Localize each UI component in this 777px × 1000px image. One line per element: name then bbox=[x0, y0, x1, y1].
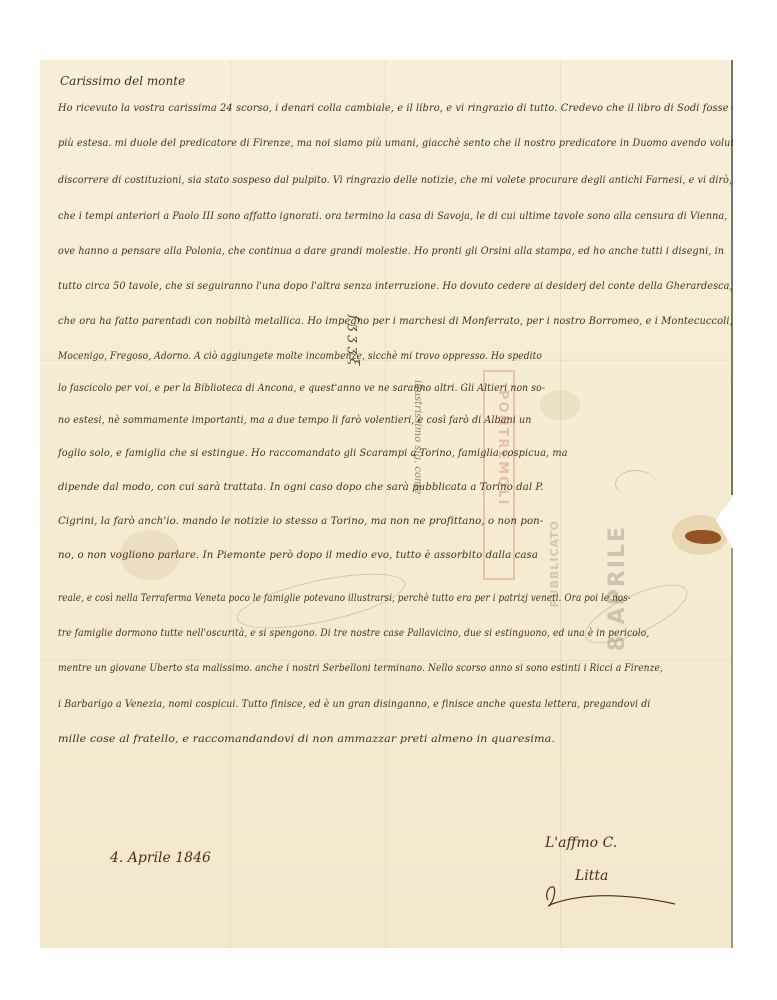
paper-edge-shadow bbox=[731, 60, 733, 495]
salutation: Carissimo del monte bbox=[60, 74, 185, 88]
paper-edge-shadow bbox=[731, 548, 733, 948]
letter-line: foglio solo, e famiglia che si estingue.… bbox=[58, 447, 568, 459]
fold-crease bbox=[385, 60, 386, 948]
signature-flourish bbox=[540, 882, 680, 912]
letter-line: reale, e così nella Terraferma Veneta po… bbox=[58, 592, 631, 604]
letter-line: dipende dal modo, con cui sarà trattata.… bbox=[58, 481, 544, 493]
address-showthrough: illustrissimo sig. conte bbox=[412, 380, 423, 494]
letter-line: lo fascicolo per voi, e per la Bibliotec… bbox=[58, 382, 545, 394]
letter-line: più estesa. mi duole del predicatore di … bbox=[58, 137, 740, 149]
letter-line: mentre un giovane Uberto sta malissimo. … bbox=[58, 662, 663, 674]
letter-line: no, o non vogliono parlare. In Piemonte … bbox=[58, 549, 538, 561]
letter-line: Ho ricevuto la vostra carissima 24 scors… bbox=[58, 102, 755, 114]
fold-crease bbox=[40, 660, 733, 661]
letter-line: mille cose al fratello, e raccomandandov… bbox=[58, 733, 555, 745]
letter-line: discorrere di costituzioni, sia stato so… bbox=[58, 174, 732, 186]
letter-line: che i tempi anteriori a Paolo III sono a… bbox=[58, 210, 727, 222]
pencil-mark bbox=[615, 470, 656, 497]
letter-line: no estesi, nè sommamente importanti, ma … bbox=[58, 414, 531, 426]
letter-line: che ora ha fatto parentadi con nobiltà m… bbox=[58, 315, 733, 327]
fold-crease bbox=[230, 60, 231, 948]
letter-paper: PONTREMOLI PUBBLICATO 8 APRILE ſ ʒ ʒ ʒ ξ… bbox=[40, 60, 733, 948]
letter-closing: L'affmo C. bbox=[545, 835, 617, 851]
letter-date: 4. Aprile 1846 bbox=[110, 850, 211, 866]
paper-stain bbox=[540, 390, 580, 420]
letter-line: tutto circa 50 tavole, che si seguiranno… bbox=[58, 280, 733, 292]
letter-line: ove hanno a pensare alla Polonia, che co… bbox=[58, 245, 724, 257]
letter-line: tre famiglie dormono tutte nell'oscurità… bbox=[58, 627, 649, 639]
letter-line: Mocenigo, Fregoso, Adorno. A ciò aggiung… bbox=[58, 350, 542, 362]
pencil-oval-mark bbox=[577, 573, 695, 655]
letter-line: Cigrini, la farò anch'io. mando le notiz… bbox=[58, 515, 543, 527]
letter-line: i Barbarigo a Venezia, nomi cospicui. Tu… bbox=[58, 698, 650, 710]
fold-crease bbox=[560, 60, 561, 948]
